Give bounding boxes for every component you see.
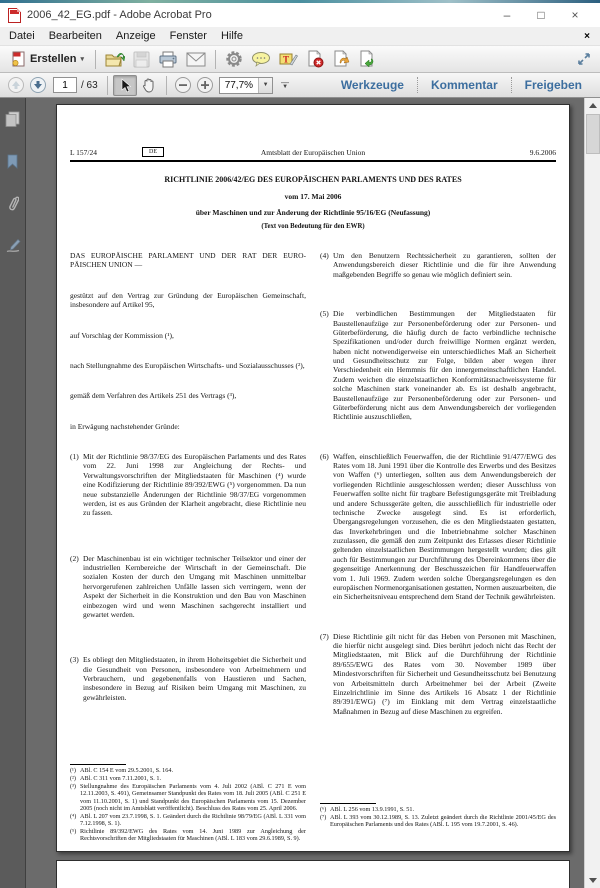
- footnote-text: ABl. L 393 vom 30.12.1989, S. 13. Zuletz…: [330, 814, 556, 829]
- recital-number: (5): [320, 309, 333, 422]
- footnote-marker: (²): [70, 775, 80, 783]
- envelope-icon: [186, 52, 206, 67]
- right-footnotes: (⁶)ABl. L 256 vom 13.9.1991, S. 51. (⁷)A…: [320, 803, 556, 829]
- recital-number: (6): [320, 452, 333, 602]
- toolbar-separator: [95, 50, 96, 69]
- signature-panel-button[interactable]: [4, 236, 22, 254]
- scrollbar-thumb[interactable]: [586, 114, 600, 154]
- toolbar-separator: [107, 76, 108, 95]
- extract-page-button[interactable]: [328, 48, 354, 71]
- scroll-down-button[interactable]: [585, 873, 600, 888]
- footnote-text: ABl. L 207 vom 23.7.1998, S. 1. Geändert…: [80, 813, 306, 828]
- footnote-text: ABl. L 256 vom 13.9.1991, S. 51.: [330, 806, 556, 814]
- text-edit-icon: T: [279, 51, 298, 68]
- pages-icon: [5, 111, 20, 127]
- recital-number: (4): [320, 251, 333, 279]
- hand-icon: [141, 77, 156, 93]
- printer-icon: [158, 51, 178, 68]
- page-number-input[interactable]: [53, 77, 77, 93]
- previous-page-button[interactable]: [5, 75, 27, 96]
- zoom-out-icon: [174, 76, 192, 94]
- acrobat-window: 2006_42_EG.pdf - Adobe Acrobat Pro – □ ×…: [0, 0, 600, 888]
- title-bar: 2006_42_EG.pdf - Adobe Acrobat Pro – □ ×: [0, 3, 600, 27]
- create-pdf-button[interactable]: Erstellen ▾: [5, 48, 90, 71]
- journal-header: L 157/24 DE Amtsblatt der Europäischen U…: [70, 145, 556, 158]
- expand-toolbar-button[interactable]: [573, 48, 595, 71]
- open-file-button[interactable]: [101, 48, 129, 71]
- recital-number: (7): [320, 632, 333, 716]
- page-up-icon: [7, 76, 25, 94]
- page-content: L 157/24 DE Amtsblatt der Europäischen U…: [57, 105, 569, 851]
- bookmark-icon: [6, 154, 19, 169]
- select-cursor-icon: [118, 78, 132, 93]
- navigation-toolbar: / 63 77,7% ▼ —▼ Werkzeuge Kommentar Frei…: [0, 73, 600, 98]
- preamble-paragraph: DAS EUROPÄISCHE PARLAMENT UND DER RAT DE…: [70, 251, 306, 270]
- footnote-marker: (⁶): [320, 806, 330, 814]
- signature-pen-icon: [5, 238, 21, 253]
- chevron-down-icon: ▾: [80, 55, 84, 63]
- footnote-text: Richtlinie 89/392/EWG des Rates vom 14. …: [80, 828, 306, 843]
- zoom-level-combo[interactable]: 77,7% ▼: [219, 77, 273, 94]
- scroll-up-button[interactable]: [585, 98, 600, 113]
- footnote-marker: (⁷): [320, 814, 330, 829]
- panel-links: Werkzeuge Kommentar Freigeben: [328, 73, 595, 97]
- directive-title-block: RICHTLINIE 2006/42/EG DES EUROPÄISCHEN P…: [70, 175, 556, 230]
- select-tool-button[interactable]: [113, 75, 137, 96]
- recital-1: (1) Mit der Richtlinie 98/37/EG des Euro…: [70, 452, 306, 518]
- vertical-scrollbar[interactable]: [584, 98, 600, 888]
- recital-text: Diese Richtlinie gilt nicht für das Hebe…: [333, 632, 556, 716]
- menu-bar: Datei Bearbeiten Anzeige Fenster Hilfe ×: [0, 27, 600, 46]
- main-area: L 157/24 DE Amtsblatt der Europäischen U…: [0, 98, 600, 888]
- footnote-marker: (⁵): [70, 828, 80, 843]
- left-footnotes: (¹)ABl. C 154 E vom 29.5.2001, S. 164. (…: [70, 764, 306, 843]
- footnote-marker: (⁴): [70, 813, 80, 828]
- menu-datei[interactable]: Datei: [2, 27, 42, 45]
- menu-hilfe[interactable]: Hilfe: [214, 27, 250, 45]
- gear-icon: [225, 50, 243, 68]
- footnote-marker: (³): [70, 783, 80, 813]
- comment-bubble-icon: [251, 51, 271, 67]
- pdf-page-2-partial[interactable]: [56, 860, 570, 888]
- maximize-button[interactable]: □: [524, 5, 558, 25]
- recital-number: (3): [70, 655, 83, 702]
- tools-panel-link[interactable]: Werkzeuge: [328, 77, 417, 93]
- footnote-marker: (¹): [70, 767, 80, 775]
- email-button[interactable]: [182, 48, 210, 71]
- hand-tool-button[interactable]: [137, 75, 161, 96]
- extract-page-icon: [332, 50, 350, 68]
- export-page-button[interactable]: [354, 48, 380, 71]
- close-document-icon[interactable]: ×: [576, 31, 598, 42]
- directive-relevance: (Text von Bedeutung für den EWR): [70, 223, 556, 230]
- recital-text: Um den Benutzern Rechtssicherheit zu gar…: [333, 251, 556, 279]
- journal-date: 9.6.2006: [530, 148, 556, 157]
- recital-4: (4) Um den Benutzern Rechtssicherheit zu…: [320, 251, 556, 279]
- zoom-in-icon: [196, 76, 214, 94]
- print-button[interactable]: [154, 48, 182, 71]
- text-edit-button[interactable]: T: [275, 48, 302, 71]
- toolbar-separator: [215, 50, 216, 69]
- navigation-pane: [0, 98, 26, 888]
- main-toolbar: Erstellen ▾ T: [0, 46, 600, 73]
- zoom-level-value: 77,7%: [220, 80, 258, 91]
- menu-bearbeiten[interactable]: Bearbeiten: [42, 27, 109, 45]
- directive-title: RICHTLINIE 2006/42/EG DES EUROPÄISCHEN P…: [70, 175, 556, 184]
- zoom-in-button[interactable]: [194, 75, 216, 96]
- recital-7: (7) Diese Richtlinie gilt nicht für das …: [320, 632, 556, 716]
- preamble-paragraph: in Erwägung nachstehender Gründe:: [70, 422, 306, 431]
- zoom-out-button[interactable]: [172, 75, 194, 96]
- comment-button[interactable]: [247, 48, 275, 71]
- create-pdf-label: Erstellen: [30, 53, 76, 65]
- recital-text: Der Maschinenbau ist ein wichtiger techn…: [83, 554, 306, 620]
- two-column-body: DAS EUROPÄISCHE PARLAMENT UND DER RAT DE…: [70, 251, 556, 843]
- attachments-panel-button[interactable]: [4, 194, 22, 212]
- preamble-paragraph: auf Vorschlag der Kommission (¹),: [70, 331, 306, 340]
- comment-panel-link[interactable]: Kommentar: [417, 77, 511, 93]
- window-title: 2006_42_EG.pdf - Adobe Acrobat Pro: [27, 9, 212, 21]
- recital-number: (1): [70, 452, 83, 518]
- settings-button[interactable]: [221, 48, 247, 71]
- preamble-paragraph: gestützt auf den Vertrag zur Gründung de…: [70, 291, 306, 310]
- left-column: DAS EUROPÄISCHE PARLAMENT UND DER RAT DE…: [70, 251, 306, 843]
- journal-title: Amtsblatt der Europäischen Union: [70, 148, 556, 157]
- preamble-paragraph: nach Stellungnahme des Europäischen Wirt…: [70, 361, 306, 370]
- footnote-text: ABl. C 311 vom 7.11.2001, S. 1.: [80, 775, 306, 783]
- paperclip-icon: [6, 195, 19, 212]
- document-canvas[interactable]: L 157/24 DE Amtsblatt der Europäischen U…: [26, 98, 600, 888]
- recital-text: Die verbindlichen Bestimmungen der Mitgl…: [333, 309, 556, 422]
- recital-number: (2): [70, 554, 83, 620]
- directive-date: vom 17. Mai 2006: [70, 192, 556, 201]
- footnote-rule: [320, 803, 376, 804]
- page-count-label: / 63: [81, 80, 98, 91]
- save-button[interactable]: [129, 48, 154, 71]
- recital-text: Waffen, einschließlich Feuerwaffen, die …: [333, 452, 556, 602]
- recital-text: Mit der Richtlinie 98/37/EG des Europäis…: [83, 452, 306, 518]
- bookmarks-panel-button[interactable]: [4, 152, 22, 170]
- zoom-dropdown-icon[interactable]: ▼: [258, 78, 272, 93]
- recital-5: (5) Die verbindlichen Bestimmungen der M…: [320, 309, 556, 422]
- recital-3: (3) Es obliegt den Mitgliedstaaten, in i…: [70, 655, 306, 702]
- footnote-rule: [70, 764, 126, 765]
- header-rule: [70, 160, 556, 162]
- open-folder-icon: [105, 51, 125, 68]
- export-page-icon: [358, 50, 376, 68]
- next-page-button[interactable]: [27, 75, 49, 96]
- save-floppy-icon: [133, 51, 150, 68]
- directive-subject: über Maschinen und zur Änderung der Rich…: [70, 208, 556, 217]
- toolbar-options-icon[interactable]: —▼: [281, 81, 289, 89]
- scroll-up-icon: [589, 103, 597, 108]
- pages-panel-button[interactable]: [4, 110, 22, 128]
- right-column: (4) Um den Benutzern Rechtssicherheit zu…: [320, 251, 556, 843]
- footnote-text: Stellungnahme des Europäischen Parlament…: [80, 783, 306, 813]
- recital-text: Es obliegt den Mitgliedstaaten, in ihrem…: [83, 655, 306, 702]
- delete-page-button[interactable]: [302, 48, 328, 71]
- footnote-text: ABl. C 154 E vom 29.5.2001, S. 164.: [80, 767, 306, 775]
- svg-text:T: T: [283, 54, 289, 64]
- scroll-down-icon: [589, 878, 597, 883]
- delete-page-icon: [306, 50, 324, 68]
- toolbar-separator: [166, 76, 167, 95]
- menu-anzeige[interactable]: Anzeige: [109, 27, 163, 45]
- page-down-icon: [29, 76, 47, 94]
- recital-2: (2) Der Maschinenbau ist ein wichtiger t…: [70, 554, 306, 620]
- recital-6: (6) Waffen, einschließlich Feuerwaffen, …: [320, 452, 556, 602]
- menu-fenster[interactable]: Fenster: [163, 27, 214, 45]
- share-panel-link[interactable]: Freigeben: [511, 77, 595, 93]
- pdf-file-icon: [8, 8, 21, 23]
- preamble-paragraph: gemäß dem Verfahren des Artikels 251 des…: [70, 391, 306, 400]
- minimize-button[interactable]: –: [490, 5, 524, 25]
- close-button[interactable]: ×: [558, 5, 592, 25]
- pdf-page-1[interactable]: L 157/24 DE Amtsblatt der Europäischen U…: [56, 104, 570, 852]
- expand-arrows-icon: [577, 52, 591, 66]
- create-pdf-icon: [11, 51, 26, 67]
